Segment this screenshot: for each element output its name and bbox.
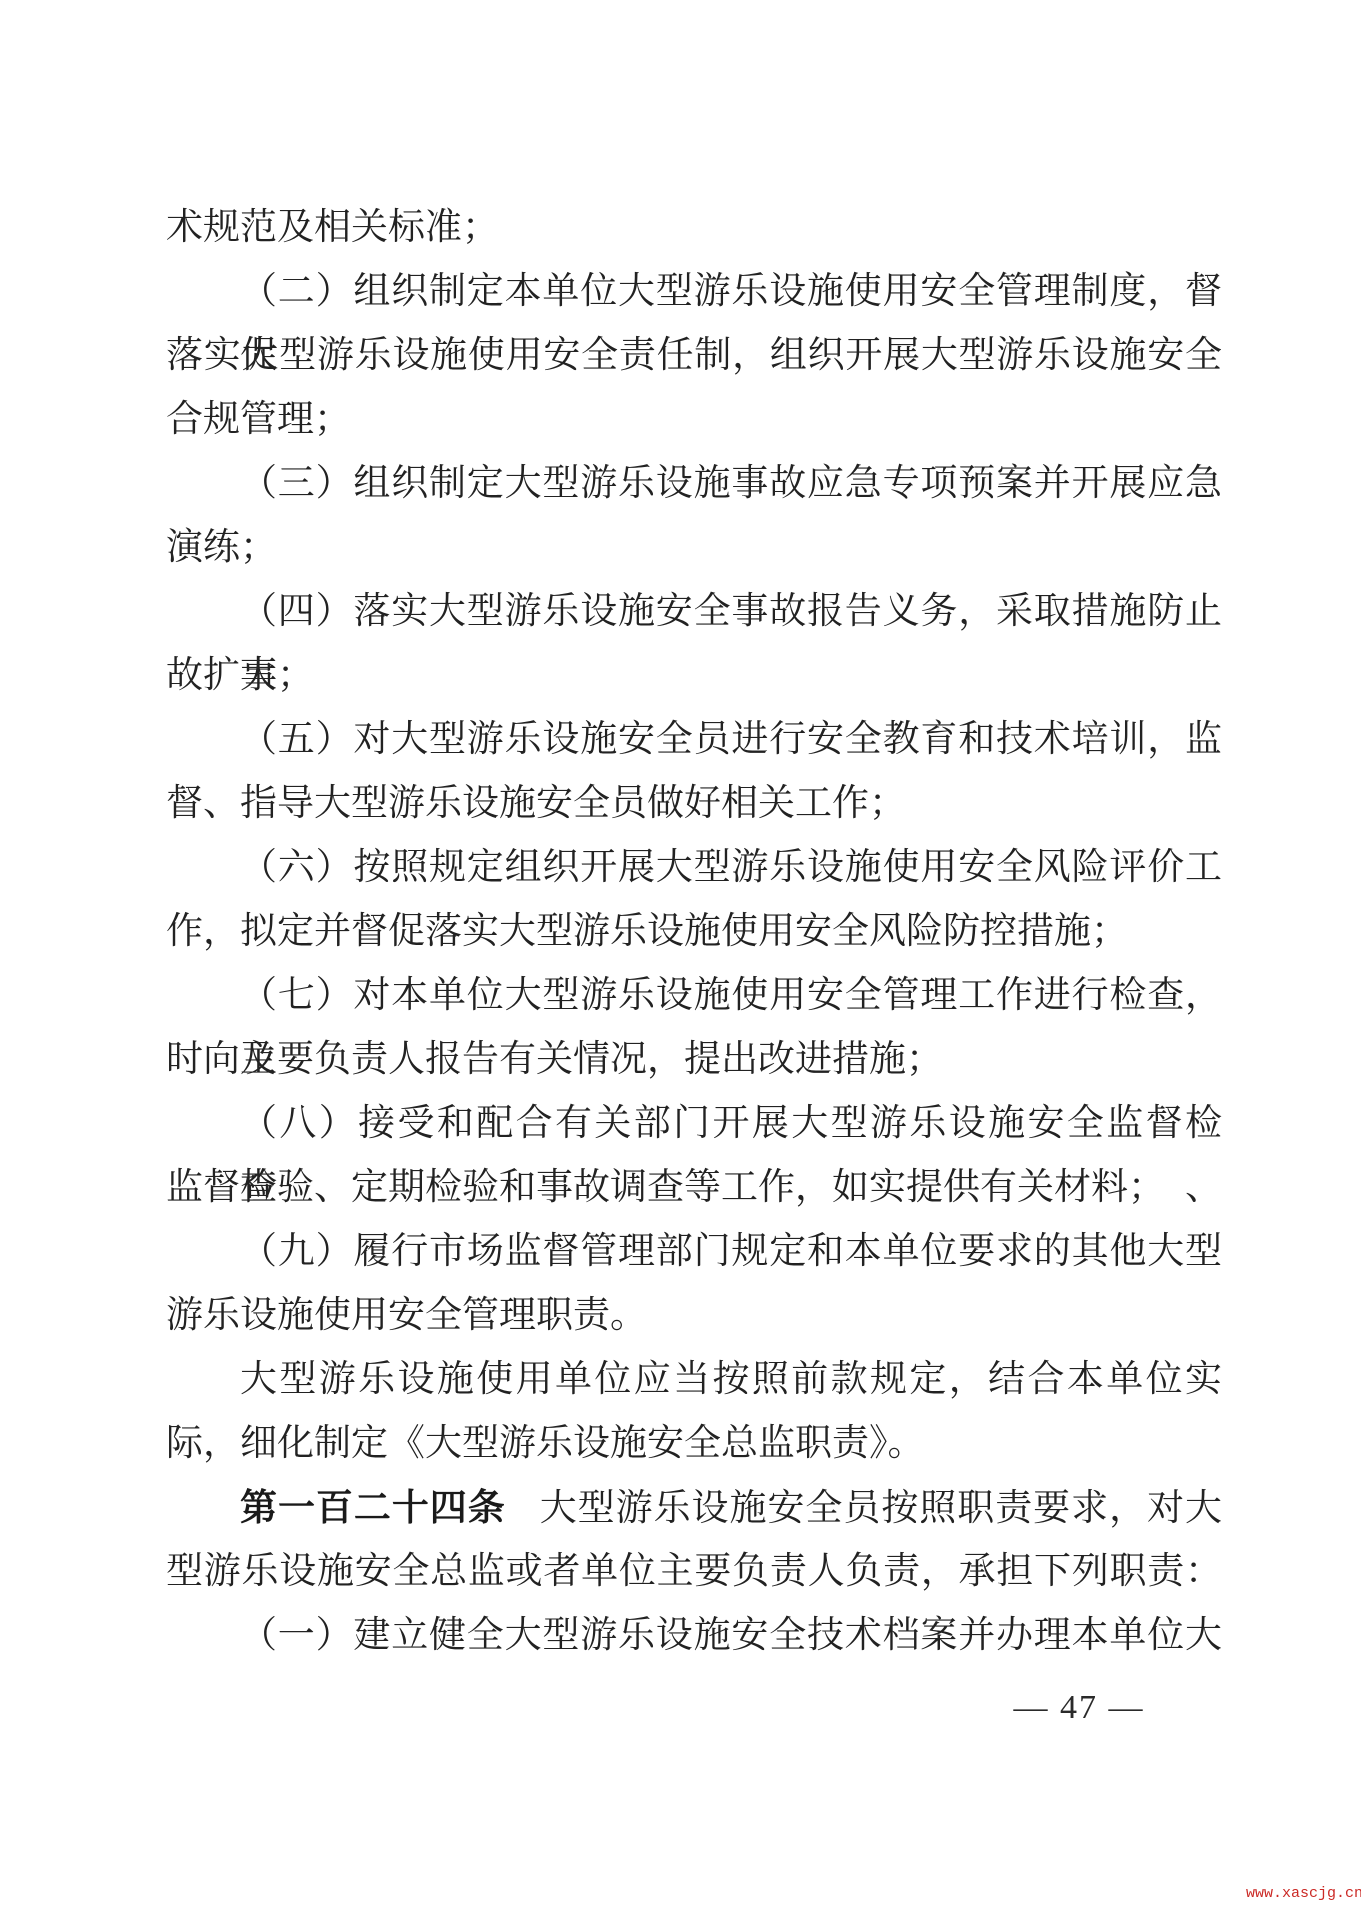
text-line: 时向主要负责人报告有关情况，提出改进措施； [166,1028,1222,1092]
text-line: （七）对本单位大型游乐设施使用安全管理工作进行检查，及 [166,964,1222,1028]
text-line: 游乐设施使用安全管理职责。 [166,1284,1222,1348]
text-line: 故扩大； [166,644,1222,708]
document-body: 术规范及相关标准；（二）组织制定本单位大型游乐设施使用安全管理制度，督促落实大型… [166,196,1222,1668]
text-line: 合规管理； [166,388,1222,452]
article-number: 第一百二十四条 [240,1487,506,1528]
text-line: （三）组织制定大型游乐设施事故应急专项预案并开展应急 [166,452,1222,516]
text-line: （六）按照规定组织开展大型游乐设施使用安全风险评价工 [166,836,1222,900]
text-line: （九）履行市场监督管理部门规定和本单位要求的其他大型 [166,1220,1222,1284]
text-line: 演练； [166,516,1222,580]
text-line: 型游乐设施安全总监或者单位主要负责人负责，承担下列职责： [166,1540,1222,1604]
article-text: 大型游乐设施安全员按照职责要求，对大 [540,1488,1222,1529]
text-line: 大型游乐设施使用单位应当按照前款规定，结合本单位实 [166,1348,1222,1412]
text-line: 监督检验、定期检验和事故调查等工作，如实提供有关材料； [166,1156,1222,1220]
text-line: （五）对大型游乐设施安全员进行安全教育和技术培训，监 [166,708,1222,772]
text-line: （八）接受和配合有关部门开展大型游乐设施安全监督检查、 [166,1092,1222,1156]
document-page: 术规范及相关标准；（二）组织制定本单位大型游乐设施使用安全管理制度，督促落实大型… [0,0,1361,1909]
text-line: 落实大型游乐设施使用安全责任制，组织开展大型游乐设施安全 [166,324,1222,388]
text-line: 术规范及相关标准； [166,196,1222,260]
watermark-url: www.xascjg.cn [1246,1884,1361,1904]
text-line: 作，拟定并督促落实大型游乐设施使用安全风险防控措施； [166,900,1222,964]
text-line: 际，细化制定《大型游乐设施安全总监职责》。 [166,1412,1222,1476]
text-line: （四）落实大型游乐设施安全事故报告义务，采取措施防止事 [166,580,1222,644]
text-line: 督、指导大型游乐设施安全员做好相关工作； [166,772,1222,836]
text-line: 第一百二十四条大型游乐设施安全员按照职责要求，对大 [166,1476,1222,1540]
page-number: — 47 — [1005,1684,1153,1732]
text-line: （二）组织制定本单位大型游乐设施使用安全管理制度，督促 [166,260,1222,324]
text-line: （一）建立健全大型游乐设施安全技术档案并办理本单位大 [166,1604,1222,1668]
